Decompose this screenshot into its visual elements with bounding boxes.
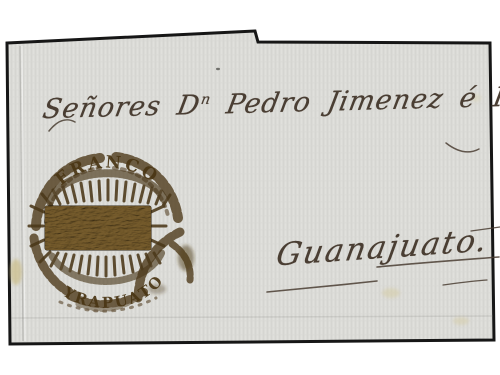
address-start-flourish bbox=[49, 120, 75, 131]
hijo-tail-flourish bbox=[446, 143, 479, 152]
photo-canvas: FRANCO YRAPUATO Señores Dn Pedro Jimenez… bbox=[0, 0, 500, 375]
right-edge-stroke bbox=[471, 227, 500, 231]
destination-loop-stroke bbox=[267, 281, 377, 292]
destination-underline-short bbox=[443, 280, 487, 285]
destination-underline-long bbox=[377, 257, 499, 267]
ink-flourishes bbox=[0, 0, 500, 375]
